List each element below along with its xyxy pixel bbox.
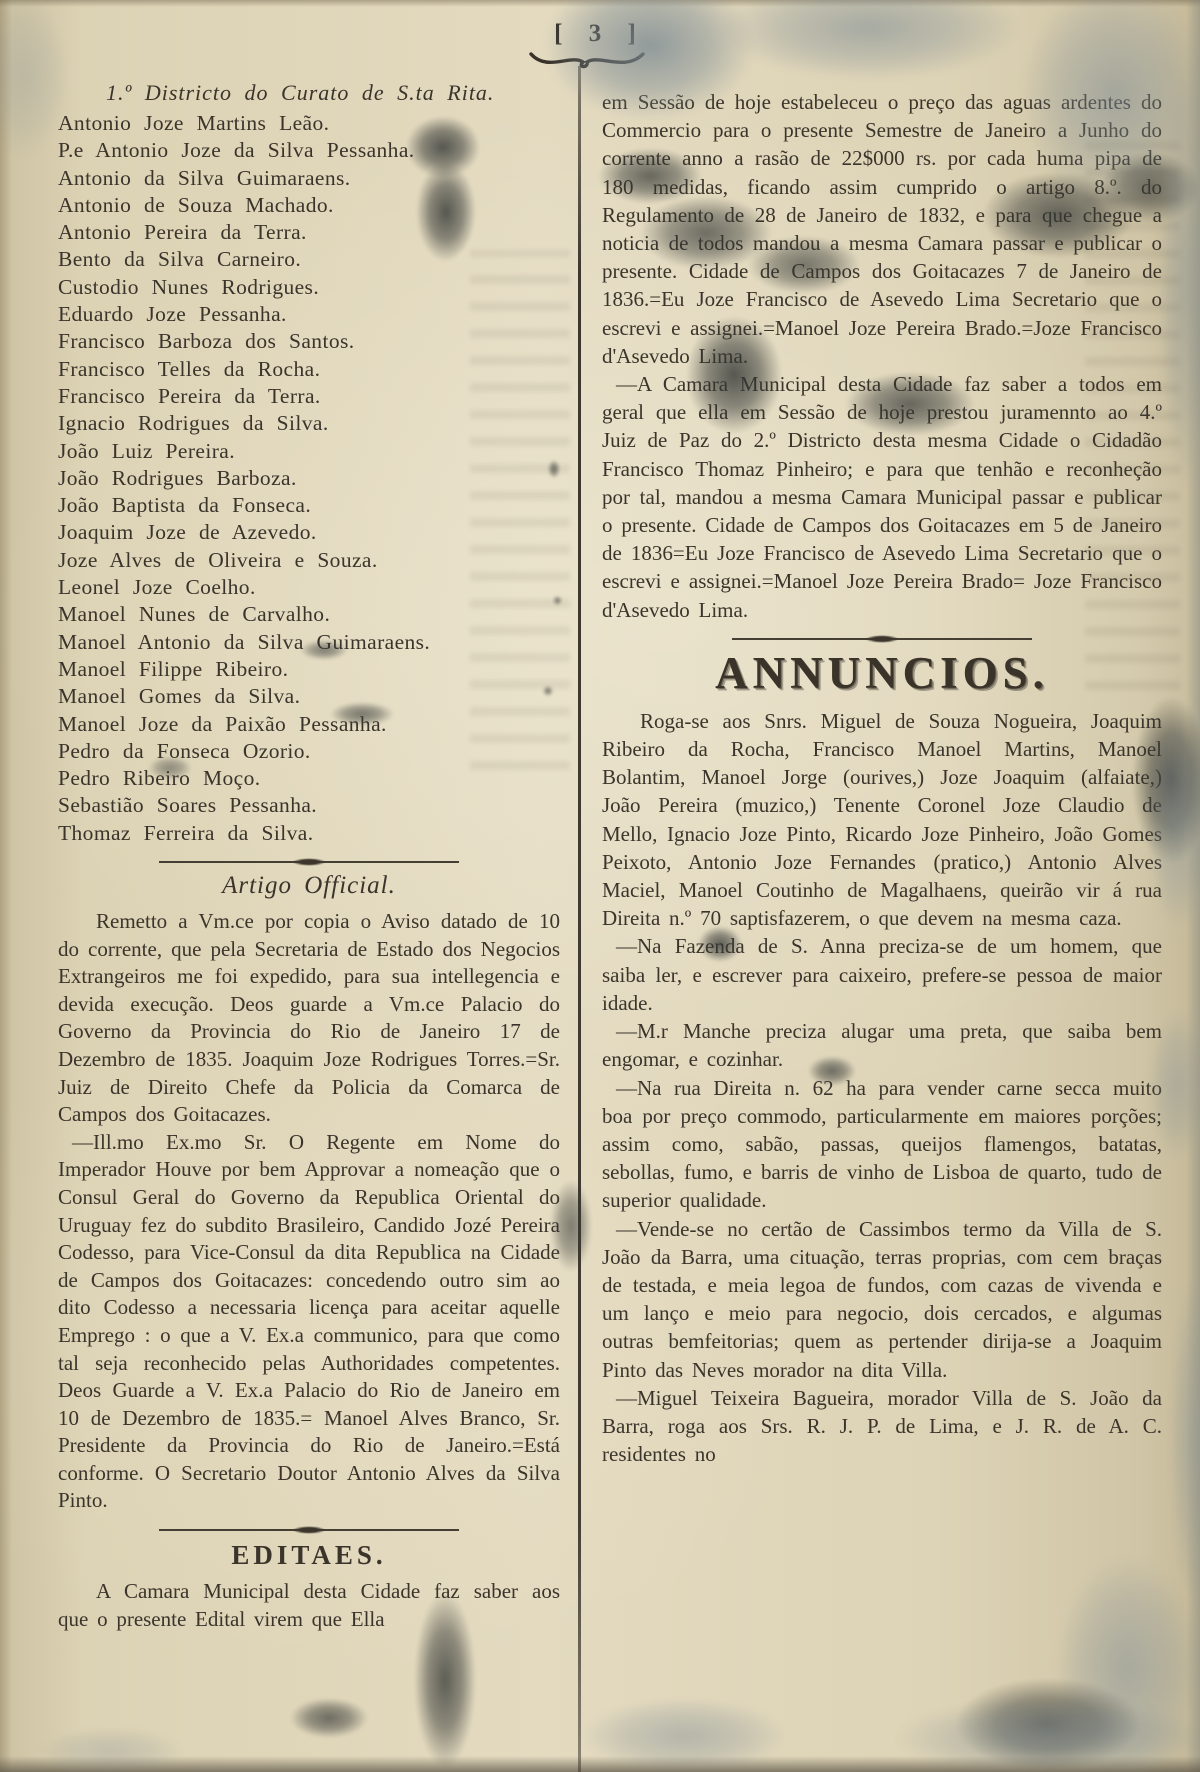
annuncio-item: —Vende-se no certão de Cassimbos termo d… bbox=[602, 1215, 1162, 1384]
editaes-paragraph: A Camara Municipal desta Cidade faz sabe… bbox=[58, 1578, 560, 1633]
ink-stain bbox=[720, 0, 1020, 80]
voter-name: Manoel Filippe Ribeiro. bbox=[58, 656, 560, 683]
page-edge-top bbox=[0, 0, 1200, 7]
page-number: [ 3 ] bbox=[500, 20, 700, 48]
voter-name: Thomaz Ferreira da Silva. bbox=[58, 820, 560, 847]
flourish-ornament-icon bbox=[522, 50, 652, 75]
voter-name: Ignacio Rodrigues da Silva. bbox=[58, 410, 560, 437]
voter-name: Leonel Joze Coelho. bbox=[58, 574, 560, 601]
section-separator-rule bbox=[732, 634, 1032, 643]
voter-name: João Luiz Pereira. bbox=[58, 438, 560, 465]
voter-name: Antonio da Silva Guimaraens. bbox=[58, 165, 560, 192]
voter-name: João Rodrigues Barboza. bbox=[58, 465, 560, 492]
voter-name: Sebastião Soares Pessanha. bbox=[58, 792, 560, 819]
annuncio-item: —Na Fazenda de S. Anna preciza-se de um … bbox=[602, 932, 1162, 1017]
voter-name: Joze Alves de Oliveira e Souza. bbox=[58, 547, 560, 574]
annuncios-heading: ANNUNCIOS. bbox=[602, 647, 1162, 699]
newspaper-page: [ 3 ] 1.º Districto do Curato de S.ta Ri… bbox=[0, 0, 1200, 1772]
camara-edital-paragraph: —A Camara Municipal desta Cidade faz sab… bbox=[602, 370, 1162, 624]
voter-name: Joaquim Joze de Azevedo. bbox=[58, 519, 560, 546]
voter-name: Antonio Pereira da Terra. bbox=[58, 219, 560, 246]
voter-name: Antonio Joze Martins Leão. bbox=[58, 110, 560, 137]
ink-stain bbox=[1055, 1555, 1200, 1772]
voter-name: Manoel Nunes de Carvalho. bbox=[58, 601, 560, 628]
annuncio-item: —Miguel Teixeira Bagueira, morador Villa… bbox=[602, 1384, 1162, 1469]
voter-name: Francisco Barboza dos Santos. bbox=[58, 328, 560, 355]
left-column: 1.º Districto do Curato de S.ta Rita. An… bbox=[58, 78, 560, 1633]
camara-edital-paragraph: em Sessão de hoje estabeleceu o preço da… bbox=[602, 88, 1162, 370]
annuncio-item: Roga-se aos Snrs. Miguel de Souza Noguei… bbox=[602, 707, 1162, 933]
voter-name: Francisco Pereira da Terra. bbox=[58, 383, 560, 410]
voter-name: Pedro Ribeiro Moço. bbox=[58, 765, 560, 792]
voter-name: Manoel Joze da Paixão Pessanha. bbox=[58, 711, 560, 738]
voter-name: Custodio Nunes Rodrigues. bbox=[58, 274, 560, 301]
voter-name: Manoel Antonio da Silva Guimaraens. bbox=[58, 629, 560, 656]
column-divider-rule bbox=[578, 66, 581, 1772]
voter-name: Pedro da Fonseca Ozorio. bbox=[58, 738, 560, 765]
voter-name: João Baptista da Fonseca. bbox=[58, 492, 560, 519]
annuncio-item: —Na rua Direita n. 62 ha para vender car… bbox=[602, 1074, 1162, 1215]
ink-stain bbox=[290, 1698, 368, 1738]
right-column: em Sessão de hoje estabeleceu o preço da… bbox=[602, 88, 1162, 1468]
voter-name: Bento da Silva Carneiro. bbox=[58, 246, 560, 273]
page-edge-bottom bbox=[0, 1756, 1200, 1772]
section-separator-rule bbox=[159, 1525, 459, 1534]
voter-name: P.e Antonio Joze da Silva Pessanha. bbox=[58, 137, 560, 164]
district-heading: 1.º Districto do Curato de S.ta Rita. bbox=[58, 78, 560, 108]
editaes-heading: EDITAES. bbox=[58, 1538, 560, 1572]
voter-name: Antonio de Souza Machado. bbox=[58, 192, 560, 219]
artigo-official-paragraph: —Ill.mo Ex.mo Sr. O Regente em Nome do I… bbox=[58, 1129, 560, 1515]
page-edge-right bbox=[1186, 0, 1200, 1772]
voter-name: Eduardo Joze Pessanha. bbox=[58, 301, 560, 328]
artigo-official-heading: Artigo Official. bbox=[58, 870, 560, 902]
page-edge-left bbox=[0, 0, 12, 1772]
section-separator-rule bbox=[159, 857, 459, 866]
voter-name: Francisco Telles da Rocha. bbox=[58, 356, 560, 383]
artigo-official-paragraph: Remetto a Vm.ce por copia o Aviso datado… bbox=[58, 908, 560, 1129]
annuncio-item: —M.r Manche preciza alugar uma preta, qu… bbox=[602, 1017, 1162, 1073]
voter-name: Manoel Gomes da Silva. bbox=[58, 683, 560, 710]
